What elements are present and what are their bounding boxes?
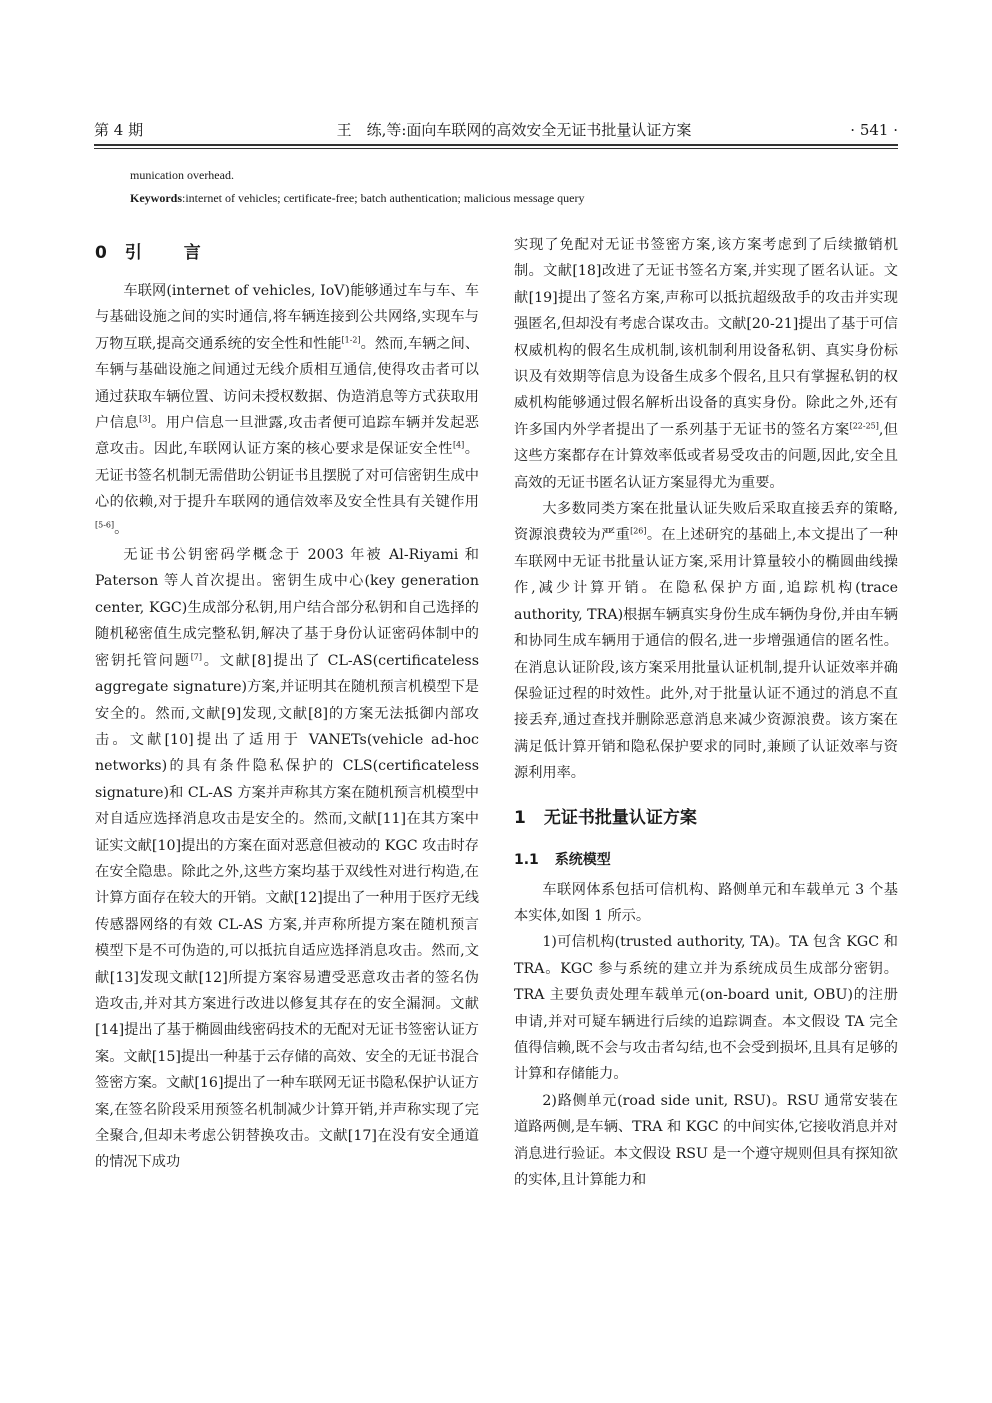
paragraph: 车联网(internet of vehicles, IoV)能够通过车与车、车与… [95,278,479,542]
section-number: 1 [514,808,526,828]
subsection-number: 1.1 [514,852,539,868]
section-title: 无证书批量认证方案 [544,808,697,828]
paragraph-continued: 实现了免配对无证书签密方案,该方案考虑到了后续撤销机制。文献[18]改进了无证书… [514,232,898,496]
citation-superscript: [3] [139,414,150,423]
subsection-title: 系统模型 [555,852,611,868]
abstract-continuation: munication overhead. [130,166,234,184]
citation-superscript: [4] [453,441,464,450]
paragraph-road-side-unit: 2)路侧单元(road side unit, RSU)。RSU 通常安装在道路两… [514,1088,898,1194]
paragraph-trusted-authority: 1)可信机构(trusted authority, TA)。TA 包含 KGC … [514,929,898,1087]
citation-superscript: [1-2] [341,335,360,344]
paragraph: 无证书公钥密码学概念于 2003 年被 Al-Riyami 和 Paterson… [95,542,479,1176]
left-column: 0引 言 车联网(internet of vehicles, IoV)能够通过车… [95,232,479,1176]
running-header: 第 4 期 王 练,等:面向车联网的高效安全无证书批量认证方案 · 541 · [94,118,898,142]
section-number: 0 [95,243,107,263]
right-column: 实现了免配对无证书签密方案,该方案考虑到了后续撤销机制。文献[18]改进了无证书… [514,232,898,1193]
subsection-heading-1-1: 1.1系统模型 [514,843,898,877]
keywords-text: internet of vehicles; certificate-free; … [185,191,584,205]
paragraph: 大多数同类方案在批量认证失败后采取直接丢弃的策略,资源浪费较为严重[26]。在上… [514,496,898,786]
journal-page: 第 4 期 王 练,等:面向车联网的高效安全无证书批量认证方案 · 541 · … [0,0,992,1403]
header-rule-thin [94,148,898,149]
paragraph: 车联网体系包括可信机构、路侧单元和车载单元 3 个基本实体,如图 1 所示。 [514,877,898,930]
citation-superscript: [5-6] [95,520,114,529]
issue-label: 第 4 期 [94,118,143,142]
keywords-line: Keywords:internet of vehicles; certifica… [130,189,585,207]
header-rule-thick [94,144,898,146]
section-heading-0: 0引 言 [95,232,479,274]
section-heading-1: 1无证书批量认证方案 [514,797,898,839]
running-title: 王 练,等:面向车联网的高效安全无证书批量认证方案 [294,118,734,142]
keywords-label: Keywords [130,191,182,205]
citation-superscript: [7] [191,652,202,661]
citation-superscript: [26] [630,527,646,536]
citation-superscript: [22-25] [850,421,879,430]
section-title: 引 言 [125,243,219,263]
page-number: · 541 · [850,118,898,142]
